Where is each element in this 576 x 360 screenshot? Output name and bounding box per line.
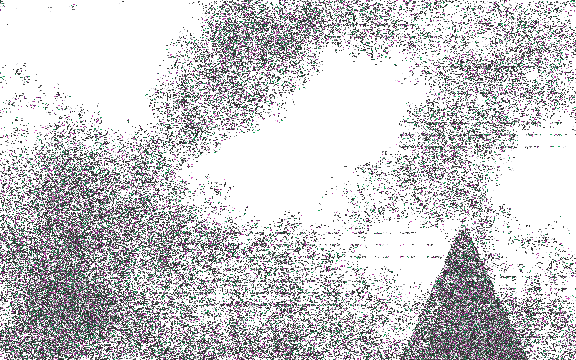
noise-canvas [0, 0, 576, 360]
degraded-noise-image [0, 0, 576, 360]
